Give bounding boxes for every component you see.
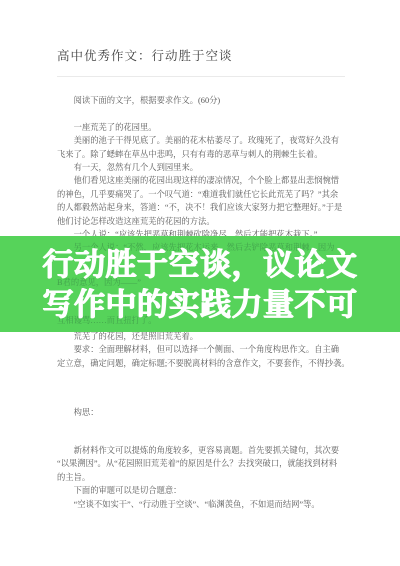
- essay-line: 的主旨。: [57, 471, 349, 484]
- essay-section-top: 阅读下面的文字，根据要求作文。(60分) 一座荒芜了的花园里。 美丽的池子干得见…: [57, 94, 349, 241]
- essay-line: 新材料作文可以提炼的角度较多，更容易离题。首先要抓关键句，其次要: [57, 444, 349, 457]
- page-title: 高中优秀作文：行动胜于空谈: [57, 46, 233, 64]
- essay-line: 的神色，几乎要痛哭了。一个叹气道：“难道我们就任它长此荒芜了吗？”其余: [57, 188, 349, 201]
- essay-line: “以果溯因”。从“花园照旧荒芜着”的原因是什么？去找突破口，就能找到材料: [57, 457, 349, 470]
- banner-headline-line1: 行动胜于空谈，议论文: [43, 247, 358, 282]
- essay-line: 定立意，确定问题，确定标题;不要脱离材料的含意作文，不要套作，不得抄袭。: [57, 357, 349, 370]
- essay-line: [57, 107, 349, 120]
- title-divider: [57, 76, 345, 77]
- essay-section-after-banner: 荒芜了的花园，还是照旧荒芜着。 要求：全面理解材料，但可以选择一个侧面、一个角度…: [57, 330, 349, 370]
- essay-line: “空谈不如实干”、“行动胜于空谈”、“临渊羡鱼，不如退而结网”等。: [57, 498, 349, 511]
- essay-line: 飞来了。除了蟋蟀在草丛中悲鸣，只有有毒的恶草与刺人的荆棘生长着。: [57, 148, 349, 161]
- outline-heading: 构思：: [57, 406, 349, 419]
- banner-headline-line2: 写作中的实践力量不可: [43, 287, 358, 322]
- essay-section-analysis: 新材料作文可以提炼的角度较多，更容易离题。首先要抓关键句，其次要“以果溯因”。从…: [57, 444, 349, 511]
- essay-line: 下面的审题可以是切合题意：: [57, 484, 349, 497]
- essay-line: 的人都毅然站起身来，答道：“不，决不！我们应该大家努力把它整理好。”于是: [57, 201, 349, 214]
- essay-line: 一座荒芜了的花园里。: [57, 121, 349, 134]
- essay-line: 阅读下面的文字，根据要求作文。(60分): [57, 94, 349, 107]
- banner-headline: 行动胜于空谈，议论文 写作中的实践力量不可: [0, 236, 400, 332]
- essay-line: 荒芜了的花园，还是照旧荒芜着。: [57, 330, 349, 343]
- essay-line: 美丽的池子干得见底了。美丽的花木枯萎尽了。玫瑰死了，夜莺好久没有: [57, 134, 349, 147]
- essay-line: 要求：全面理解材料，但可以选择一个侧面、一个角度构思作文。自主确: [57, 343, 349, 356]
- essay-line: 他们看见这座美丽的花园出现这样的凄凉情况，个个脸上都显出悲悯惋惜: [57, 174, 349, 187]
- essay-line: 有一天，忽然有几个人到园里来。: [57, 161, 349, 174]
- essay-line: 他们讨论怎样改造这座荒芜的花园的方法。: [57, 215, 349, 228]
